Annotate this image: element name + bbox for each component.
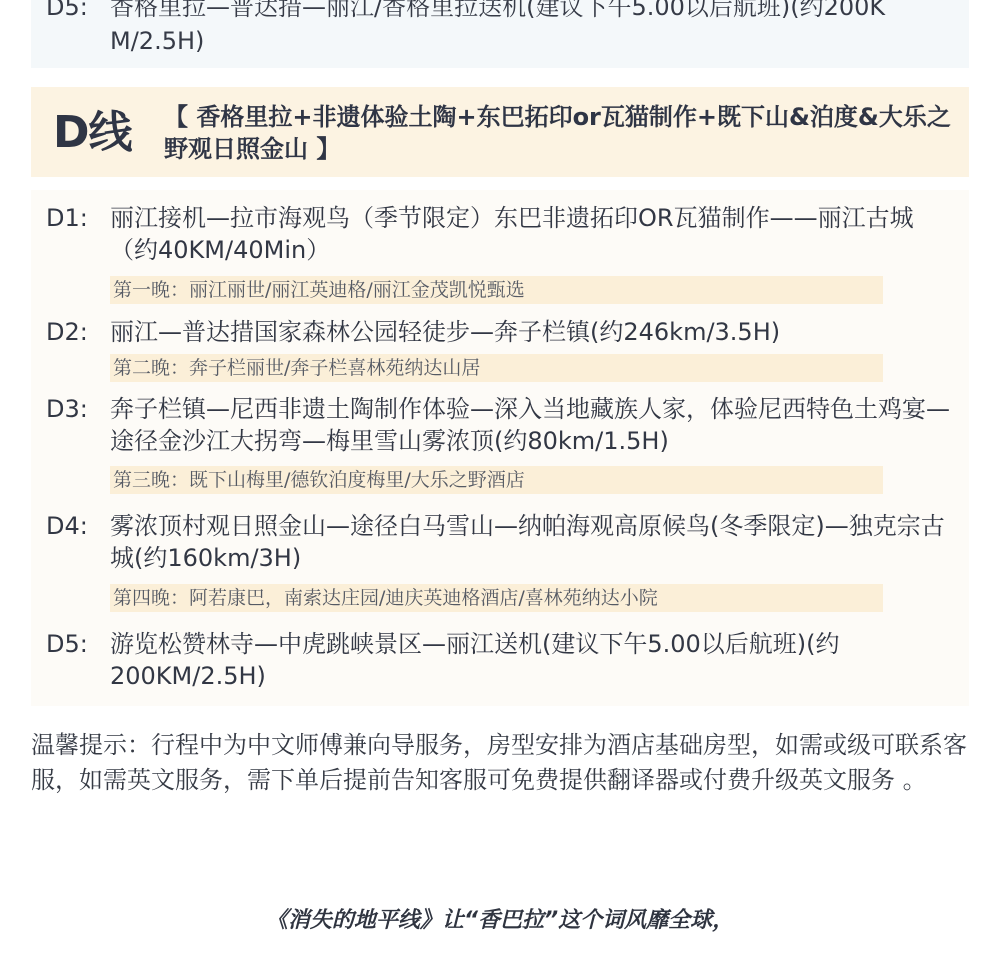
day-text: 雾浓顶村观日照金山—途径白马雪山—纳帕海观高原候鸟(冬季限定)—独克宗古城(约1… bbox=[46, 510, 956, 574]
hotel-night-2: 第二晚：奔子栏丽世/奔子栏喜林苑纳达山居 bbox=[110, 354, 883, 382]
warm-tip: 温馨提示：行程中为中文师傅兼向导服务，房型安排为酒店基础房型，如需或级可联系客服… bbox=[31, 728, 971, 798]
day-text-line2: M/2.5H) bbox=[46, 24, 966, 58]
hotel-night-4: 第四晚：阿若康巴，南索达庄园/迪庆英迪格酒店/喜林苑纳达小院 bbox=[110, 584, 883, 612]
hotel-night-3: 第三晚：既下山梅里/德钦泊度梅里/大乐之野酒店 bbox=[110, 466, 883, 494]
previous-route-last-day: D5:香格里拉—普达措—丽江/香格里拉送机(建议下午5.00以后航班)(约200… bbox=[46, 0, 966, 58]
day-text-line1: 香格里拉—普达措—丽江/香格里拉送机(建议下午5.00以后航班)(约200K bbox=[110, 0, 885, 21]
hotel-night-1: 第一晚：丽江丽世/丽江英迪格/丽江金茂凯悦甄选 bbox=[110, 276, 883, 304]
route-title: 【 香格里拉+非遗体验土陶+东巴拓印or瓦猫制作+既下山&泊度&大乐之野观日照金… bbox=[164, 101, 964, 165]
day-label: D3: bbox=[46, 393, 110, 425]
itinerary-day-3: D3: 奔子栏镇—尼西非遗土陶制作体验—深入当地藏族人家，体验尼西特色土鸡宴—途… bbox=[46, 393, 956, 457]
itinerary-box: D1: 丽江接机—拉市海观鸟（季节限定）东巴非遗拓印OR瓦猫制作——丽江古城（约… bbox=[31, 190, 969, 706]
day-text: 游览松赞林寺—中虎跳峡景区—丽江送机(建议下午5.00以后航班)(约200KM/… bbox=[46, 628, 956, 692]
day-text: 丽江—普达措国家森林公园轻徒步—奔子栏镇(约246km/3.5H) bbox=[46, 316, 956, 348]
intro-quote: 《消失的地平线》让“香巴拉”这个词风靡全球， bbox=[0, 903, 1000, 939]
day-label: D5: bbox=[46, 628, 110, 660]
itinerary-day-4: D4: 雾浓顶村观日照金山—途径白马雪山—纳帕海观高原候鸟(冬季限定)—独克宗古… bbox=[46, 510, 956, 574]
itinerary-day-2: D2: 丽江—普达措国家森林公园轻徒步—奔子栏镇(约246km/3.5H) bbox=[46, 316, 956, 348]
route-badge: D线 bbox=[53, 105, 132, 161]
itinerary-day-1: D1: 丽江接机—拉市海观鸟（季节限定）东巴非遗拓印OR瓦猫制作——丽江古城（约… bbox=[46, 202, 956, 266]
day-text: 丽江接机—拉市海观鸟（季节限定）东巴非遗拓印OR瓦猫制作——丽江古城（约40KM… bbox=[46, 202, 956, 266]
route-header: D线 【 香格里拉+非遗体验土陶+东巴拓印or瓦猫制作+既下山&泊度&大乐之野观… bbox=[31, 87, 969, 177]
day-label: D4: bbox=[46, 510, 110, 542]
day-label: D1: bbox=[46, 202, 110, 234]
day-label: D2: bbox=[46, 316, 110, 348]
day-text: 奔子栏镇—尼西非遗土陶制作体验—深入当地藏族人家，体验尼西特色土鸡宴—途径金沙江… bbox=[46, 393, 956, 457]
day-label: D5: bbox=[46, 0, 110, 24]
itinerary-day-5: D5: 游览松赞林寺—中虎跳峡景区—丽江送机(建议下午5.00以后航班)(约20… bbox=[46, 628, 956, 692]
